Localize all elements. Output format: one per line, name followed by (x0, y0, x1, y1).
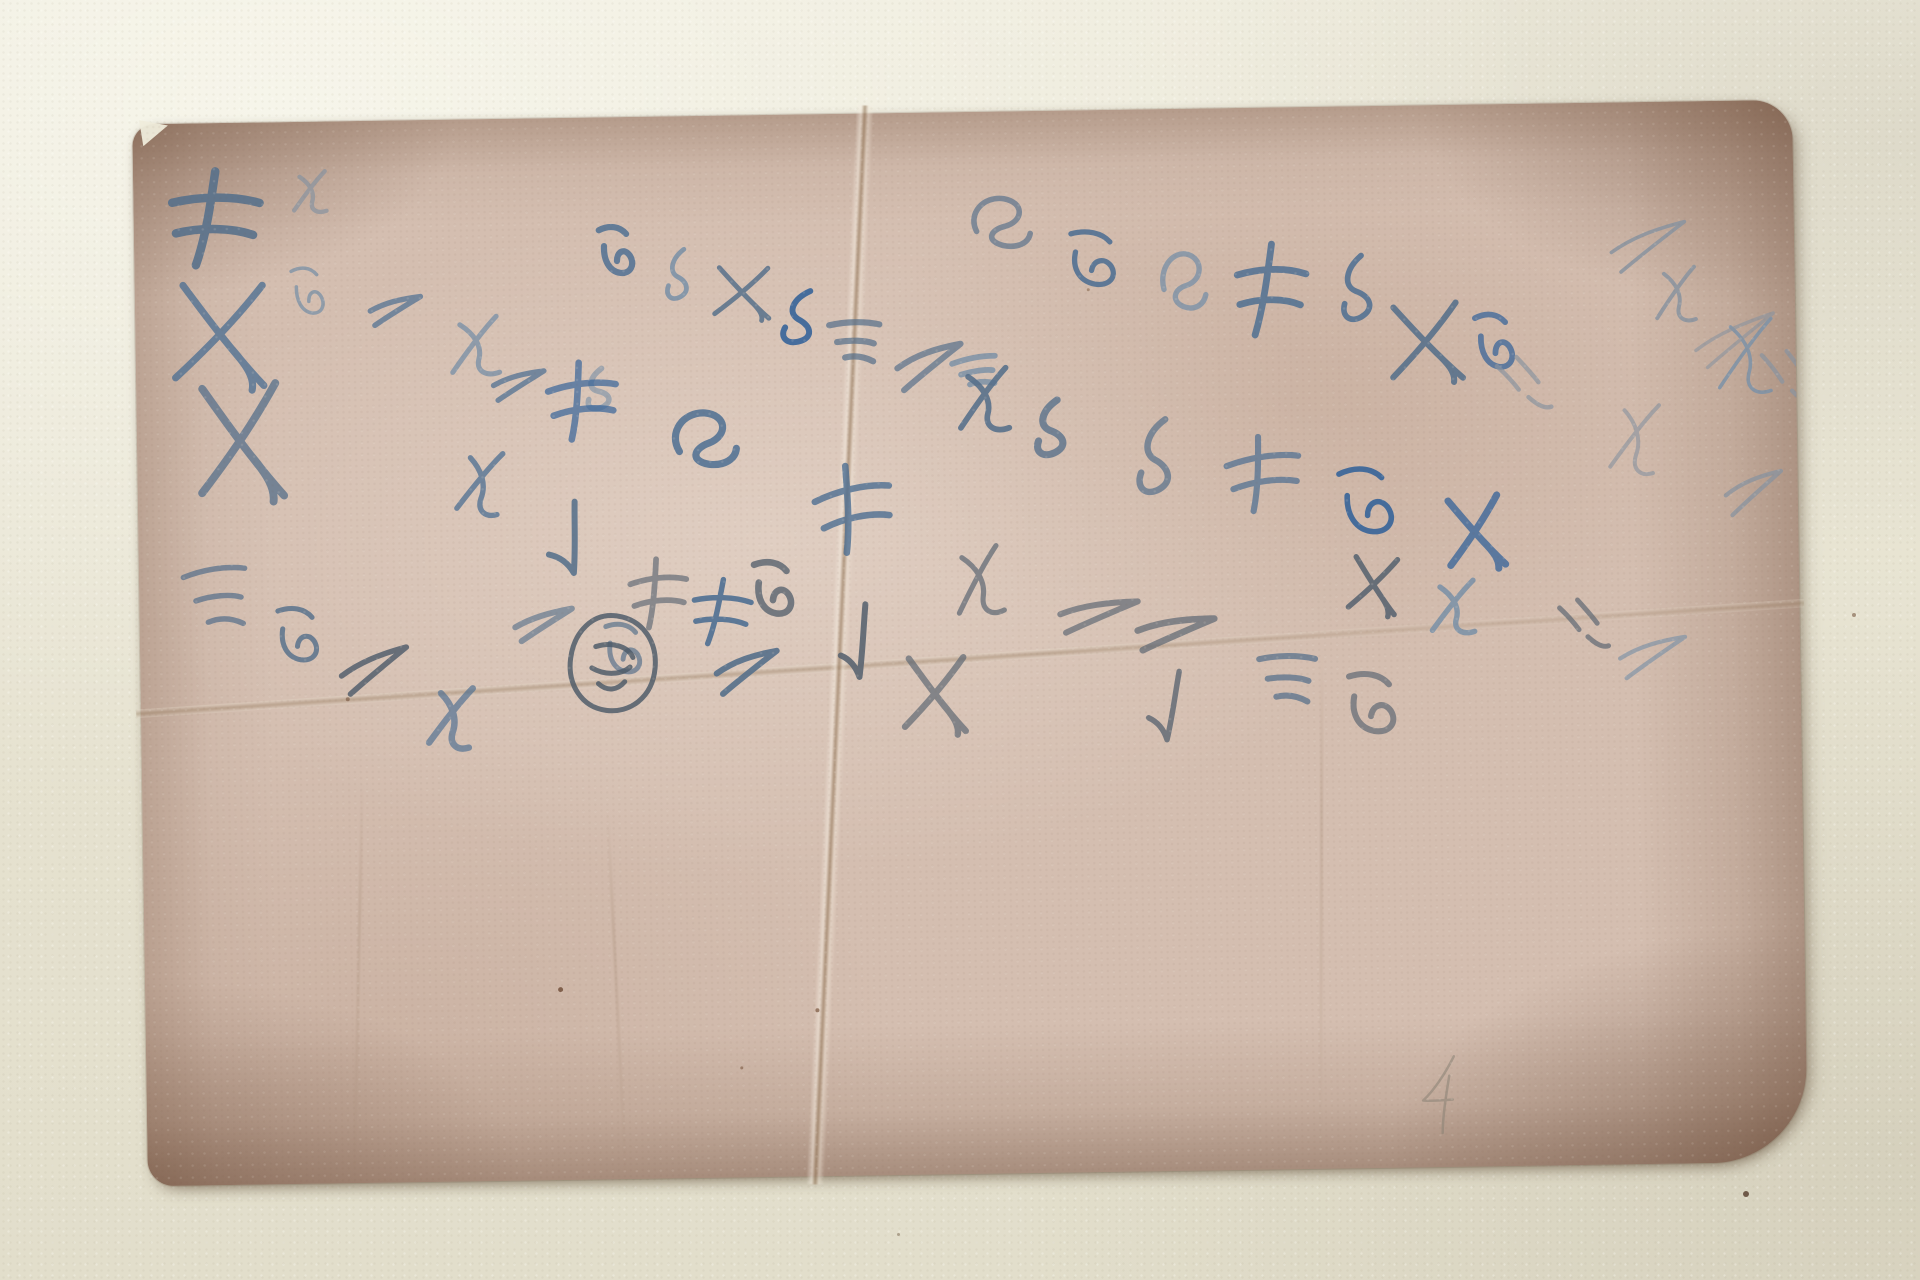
ink-stroke (1070, 232, 1114, 285)
ink-stroke (183, 566, 250, 628)
ink-stroke (1610, 401, 1660, 475)
ink-stroke (175, 283, 267, 391)
ink-stroke (584, 368, 610, 410)
ink-stroke (1225, 434, 1303, 513)
ink-stroke (1724, 471, 1784, 516)
ink-stroke (905, 657, 966, 735)
ink-stroke (599, 225, 634, 275)
paper-speck (740, 1066, 743, 1069)
ink-stroke (1339, 255, 1371, 320)
ink-stroke (1657, 267, 1696, 321)
ink-stroke (1432, 580, 1475, 633)
ink-stroke (1496, 354, 1551, 413)
ink-stroke (543, 502, 584, 576)
ink-stroke (1160, 252, 1209, 309)
paper-speck (558, 987, 563, 992)
ink-stroke (291, 266, 324, 316)
ink-stroke (754, 561, 792, 614)
ink-stroke (673, 410, 737, 467)
paper-speck (815, 1008, 819, 1012)
ink-stroke (370, 297, 420, 326)
ink-stroke (810, 460, 897, 556)
ink-stroke (1257, 654, 1315, 701)
ink-stroke (1348, 555, 1400, 617)
ink-stroke (1233, 242, 1308, 339)
ink-stroke (840, 604, 868, 677)
ink-stroke (1349, 674, 1393, 732)
ink-stroke (959, 368, 1010, 431)
ink-stroke (1136, 612, 1214, 657)
ink-stroke (716, 651, 778, 694)
ink-stroke (782, 288, 814, 344)
ink-stroke (278, 608, 317, 661)
ink-stroke (451, 316, 500, 375)
ink-stroke (198, 383, 285, 505)
ink-stroke (630, 559, 687, 628)
ink-stroke (1475, 312, 1514, 370)
ink-stroke (1139, 419, 1169, 493)
ink-stroke (168, 168, 262, 269)
photo-background (0, 0, 1920, 1280)
ink-stroke (1390, 302, 1464, 385)
ink-stroke (514, 609, 574, 642)
handwriting-ink (132, 100, 1808, 1187)
ink-stroke (714, 266, 770, 320)
ink-stroke (1147, 670, 1179, 740)
ink-stroke (1559, 598, 1609, 651)
ink-stroke (974, 198, 1031, 247)
ink-stroke (1620, 637, 1687, 678)
ink-stroke (953, 545, 1005, 616)
ink-stroke (828, 321, 879, 361)
ink-stroke (429, 685, 474, 749)
ink-stroke (1758, 349, 1808, 405)
background-speck (1743, 1191, 1749, 1197)
background-speck (897, 1233, 900, 1236)
paper-speck (1087, 288, 1090, 291)
ink-stroke (494, 371, 544, 400)
ink-stroke (339, 647, 412, 695)
ink-stroke (1035, 400, 1063, 455)
pencil-mark-4 (1420, 1054, 1456, 1134)
paper-speck (346, 697, 350, 701)
ink-stroke (689, 576, 753, 648)
ink-stroke (1339, 465, 1394, 535)
ink-stroke (456, 449, 504, 516)
ink-stroke (293, 171, 326, 212)
ink-stroke (1445, 495, 1506, 573)
ink-stroke (1609, 222, 1690, 273)
background-speck (1852, 613, 1856, 617)
postcard (132, 100, 1808, 1187)
ink-stroke (667, 249, 686, 298)
ink-stroke (897, 344, 963, 391)
ink-stroke (1059, 596, 1138, 637)
